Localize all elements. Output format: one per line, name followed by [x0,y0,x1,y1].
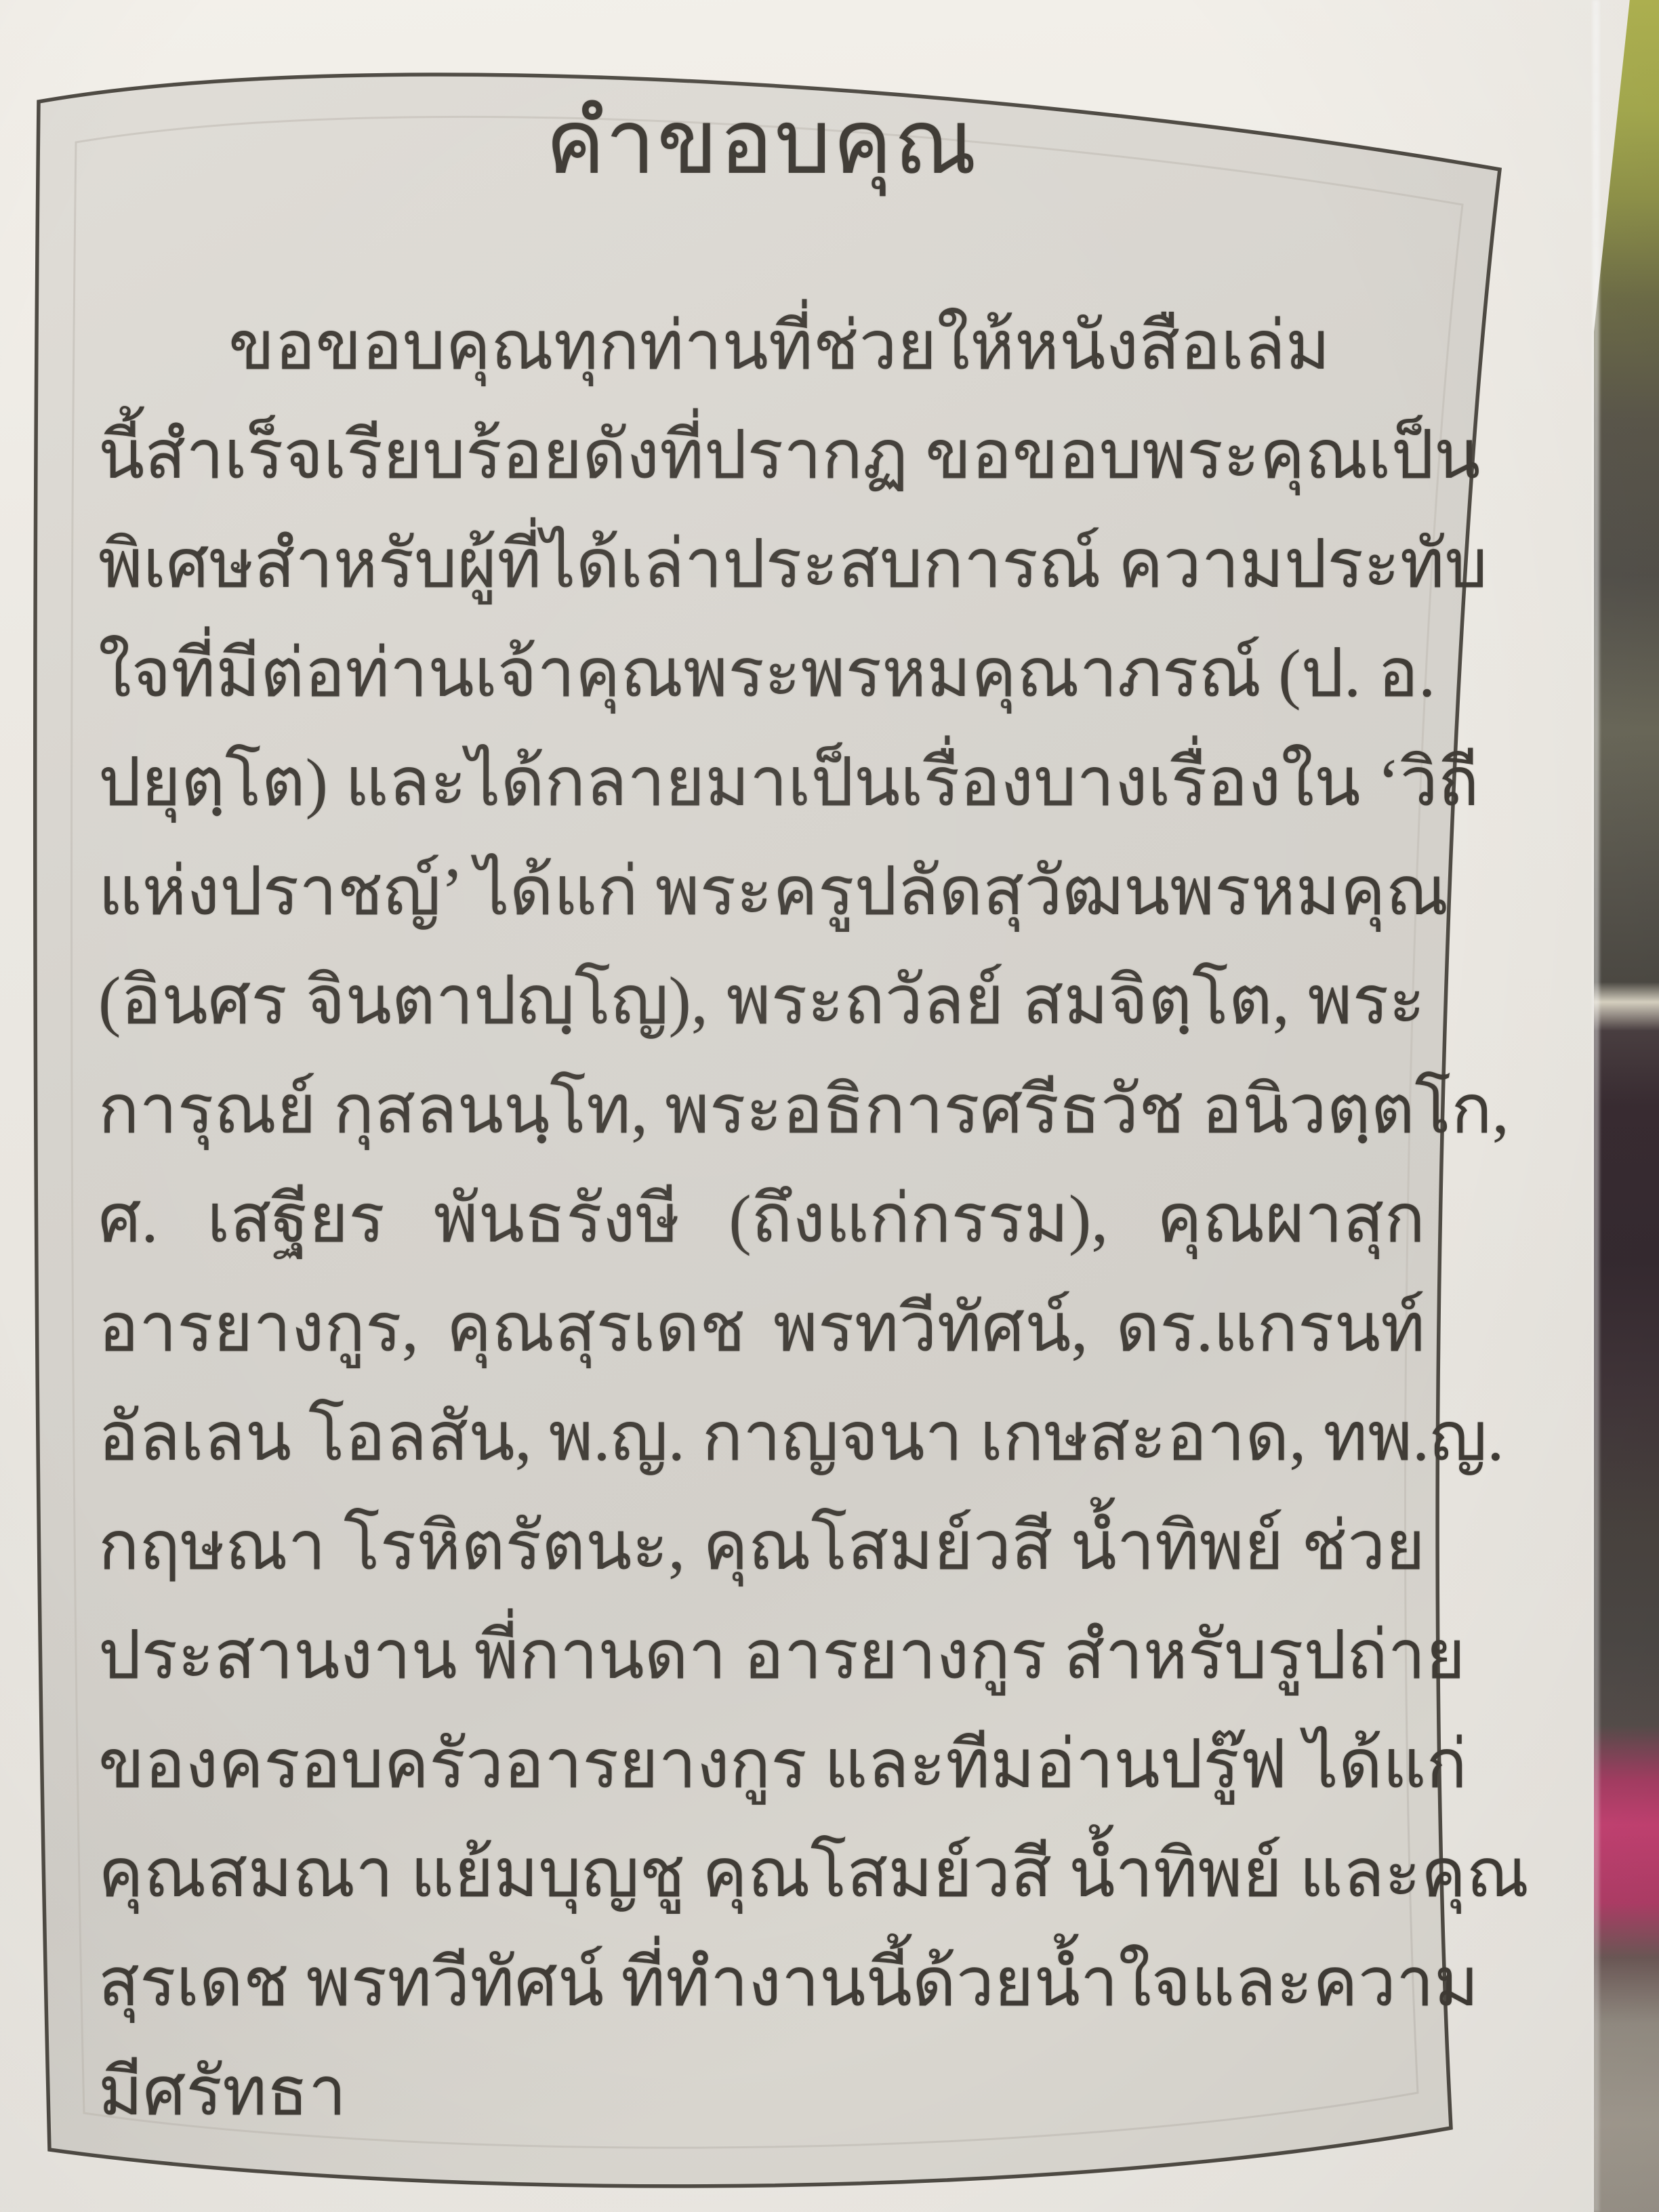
acknowledgment-text-block: คำขอบคุณ ขอขอบคุณทุกท่านที่ช่วยให้หนังสื… [98,0,1425,2212]
text-line: อารยางกูร, คุณสุรเดช พรทวีทัศน์, ดร.แกรน… [98,1273,1425,1382]
text-line: มีศรัทธา [98,2037,1425,2146]
body-text: ขอขอบคุณทุกท่านที่ช่วยให้หนังสือเล่ม นี้… [98,291,1425,2146]
text-line: อัลเลน โอลสัน, พ.ญ. กาญจนา เกษสะอาด, ทพ.… [98,1382,1425,1492]
text-line: ประสานงาน พี่กานดา อารยางกูร สำหรับรูปถ่… [98,1601,1425,1710]
text-line: ศ. เสฐียร พันธรังษี (ถึงแก่กรรม), คุณผาส… [98,1164,1425,1273]
text-line: พิเศษสำหรับผู้ที่ได้เล่าประสบการณ์ ความป… [98,510,1425,619]
text-line: การุณย์ กุสลนนฺโท, พระอธิการศรีธวัช อนิว… [98,1055,1425,1164]
text-line: นี้สำเร็จเรียบร้อยดังที่ปรากฏ ขอขอบพระคุ… [98,401,1425,510]
text-line: สุรเดช พรทวีทัศน์ ที่ทำงานนี้ด้วยน้ำใจแล… [98,1928,1425,2037]
text-line: ของครอบครัวอารยางกูร และทีมอ่านปรู๊ฟ ได้… [98,1710,1425,1819]
text-line: (อินศร จินตาปญฺโญ), พระถวัลย์ สมจิตฺโต, … [98,946,1425,1055]
book-page-photo: คำขอบคุณ ขอขอบคุณทุกท่านที่ช่วยให้หนังสื… [0,0,1659,2212]
text-line: กฤษณา โรหิตรัตนะ, คุณโสมย์วสี น้ำทิพย์ ช… [98,1492,1425,1601]
text-line: ขอขอบคุณทุกท่านที่ช่วยให้หนังสือเล่ม [98,291,1425,401]
text-line: ใจที่มีต่อท่านเจ้าคุณพระพรหมคุณาภรณ์ (ป.… [98,619,1425,728]
page-title: คำขอบคุณ [98,79,1425,207]
text-line: แห่งปราชญ์’ ได้แก่ พระครูปลัดสุวัฒนพรหมค… [98,837,1425,946]
text-line: ปยุตฺโต) และได้กลายมาเป็นเรื่องบางเรื่อง… [98,728,1425,837]
text-line: คุณสมณา แย้มบุญชู คุณโสมย์วสี น้ำทิพย์ แ… [98,1819,1425,1928]
